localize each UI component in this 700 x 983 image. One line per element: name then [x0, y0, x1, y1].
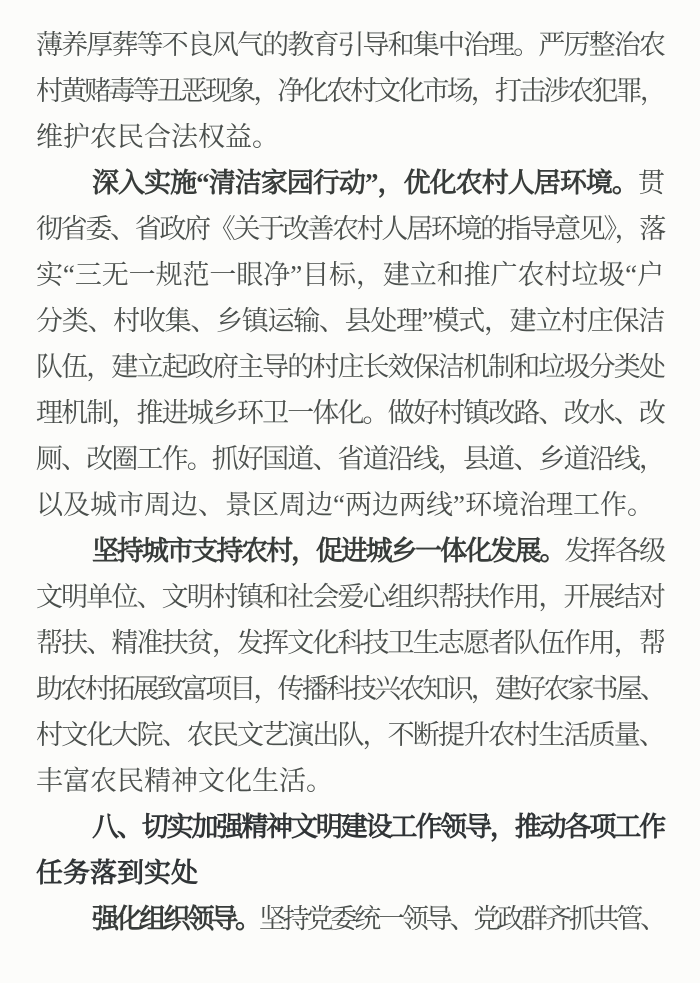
section-heading-line: 八、切实加强精神文明建设工作领导，推动各项工作 [36, 804, 664, 850]
text-line: 助农村拓展致富项目，传播科技兴农知识，建好农家书屋、 [36, 666, 664, 712]
paragraph-lead: 深入实施“清洁家园行动”，优化农村人居环境。 [92, 168, 638, 198]
line-text: 理机制，推进城乡环卫一体化。做好村镇改路、改水、改 [36, 398, 664, 428]
line-text: 文明单位、文明村镇和社会爱心组织帮扶作用，开展结对 [36, 582, 664, 612]
text-line: 以及城市周边、景区周边“两边两线”环境治理工作。 [36, 482, 664, 528]
line-text: 丰富农民精神文化生活。 [36, 766, 333, 796]
text-line: 维护农民合法权益。 [36, 114, 664, 160]
line-text: 薄养厚葬等不良风气的教育引导和集中治理。严厉整治农 [36, 30, 664, 60]
text-line: 彻省委、省政府《关于改善农村人居环境的指导意见》，落 [36, 206, 664, 252]
section-heading-text: 任务落到实处 [36, 858, 198, 888]
section-heading-text: 八、切实加强精神文明建设工作领导，推动各项工作 [92, 812, 664, 842]
line-text: 分类、村收集、乡镇运输、县处理”模式，建立村庄保洁 [36, 306, 664, 336]
text-line: 队伍，建立起政府主导的村庄长效保洁机制和垃圾分类处 [36, 344, 664, 390]
line-text: 坚持党委统一领导、党政群齐抓共管、 [259, 904, 664, 934]
line-text: 帮扶、精准扶贫，发挥文化科技卫生志愿者队伍作用，帮 [36, 628, 664, 658]
text-line: 分类、村收集、乡镇运输、县处理”模式，建立村庄保洁 [36, 298, 664, 344]
line-text: 实“三无一规范一眼净”目标，建立和推广农村垃圾“户 [36, 260, 664, 290]
line-text: 彻省委、省政府《关于改善农村人居环境的指导意见》，落 [36, 214, 664, 244]
document-text-block: 薄养厚葬等不良风气的教育引导和集中治理。严厉整治农 村黄赌毒等丑恶现象，净化农村… [0, 0, 700, 942]
text-line: 薄养厚葬等不良风气的教育引导和集中治理。严厉整治农 [36, 22, 664, 68]
document-page: 薄养厚葬等不良风气的教育引导和集中治理。严厉整治农 村黄赌毒等丑恶现象，净化农村… [0, 0, 700, 983]
text-line: 坚持城市支持农村，促进城乡一体化发展。发挥各级 [36, 528, 664, 574]
line-text: 队伍，建立起政府主导的村庄长效保洁机制和垃圾分类处 [36, 352, 664, 382]
line-text: 厕、改圈工作。抓好国道、省道沿线，县道、乡道沿线， [36, 444, 664, 474]
text-line: 理机制，推进城乡环卫一体化。做好村镇改路、改水、改 [36, 390, 664, 436]
line-text: 村文化大院、农民文艺演出队，不断提升农村生活质量、 [36, 720, 664, 750]
line-text: 维护农民合法权益。 [36, 122, 279, 152]
line-text: 发挥各级 [565, 536, 664, 566]
paragraph-lead: 坚持城市支持农村，促进城乡一体化发展。 [92, 536, 565, 566]
line-text: 以及城市周边、景区周边“两边两线”环境治理工作。 [36, 490, 654, 520]
text-line: 厕、改圈工作。抓好国道、省道沿线，县道、乡道沿线， [36, 436, 664, 482]
line-text: 贯 [638, 168, 664, 198]
text-line: 深入实施“清洁家园行动”，优化农村人居环境。贯 [36, 160, 664, 206]
text-line: 丰富农民精神文化生活。 [36, 758, 664, 804]
text-line: 文明单位、文明村镇和社会爱心组织帮扶作用，开展结对 [36, 574, 664, 620]
section-heading-line: 任务落到实处 [36, 850, 664, 896]
text-line: 村文化大院、农民文艺演出队，不断提升农村生活质量、 [36, 712, 664, 758]
text-line: 帮扶、精准扶贫，发挥文化科技卫生志愿者队伍作用，帮 [36, 620, 664, 666]
text-line: 村黄赌毒等丑恶现象，净化农村文化市场，打击涉农犯罪， [36, 68, 664, 114]
paragraph-lead: 强化组织领导。 [92, 904, 259, 934]
text-line: 强化组织领导。坚持党委统一领导、党政群齐抓共管、 [36, 896, 664, 942]
text-line: 实“三无一规范一眼净”目标，建立和推广农村垃圾“户 [36, 252, 664, 298]
line-text: 助农村拓展致富项目，传播科技兴农知识，建好农家书屋、 [36, 674, 664, 704]
line-text: 村黄赌毒等丑恶现象，净化农村文化市场，打击涉农犯罪， [36, 76, 664, 106]
